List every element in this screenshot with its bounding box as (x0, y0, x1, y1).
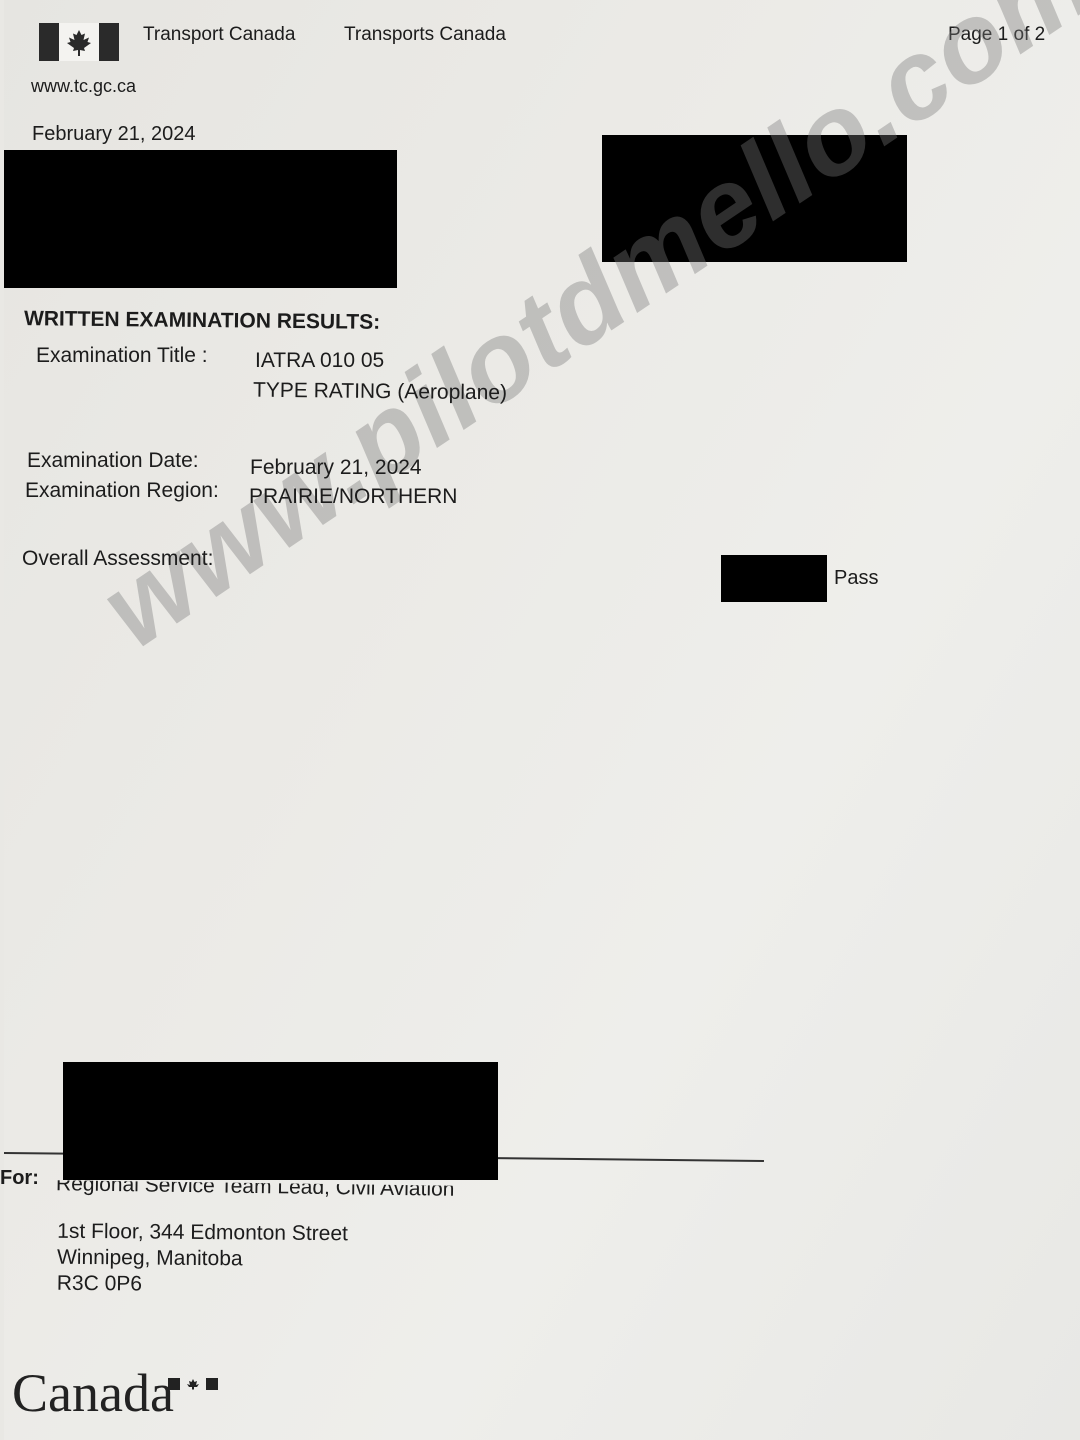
exam-region-label: Examination Region: (25, 479, 219, 503)
exam-title-name: TYPE RATING (Aeroplane) (253, 379, 507, 406)
overall-assessment-label: Overall Assessment: (22, 547, 213, 571)
address-line-3: R3C 0P6 (57, 1271, 348, 1300)
redacted-recipient-address (4, 150, 397, 288)
exam-date-label: Examination Date: (27, 449, 199, 473)
exam-date-value: February 21, 2024 (250, 456, 422, 480)
canada-wordmark-flag-icon (168, 1378, 218, 1390)
redacted-score (721, 555, 827, 602)
department-name-en: Transport Canada (143, 24, 295, 46)
redacted-signature (63, 1062, 498, 1180)
for-label: For: (0, 1167, 39, 1190)
office-address: 1st Floor, 344 Edmonton Street Winnipeg,… (57, 1219, 348, 1300)
website-link[interactable]: www.tc.gc.ca (31, 76, 136, 97)
department-name-fr: Transports Canada (344, 24, 506, 46)
exam-title-code: IATRA 010 05 (255, 349, 384, 373)
overall-assessment-value: Pass (834, 567, 878, 590)
document-page: Transport Canada Transports Canada Page … (4, 0, 1080, 1440)
canada-wordmark: Canada (12, 1362, 174, 1424)
exam-title-label: Examination Title : (36, 344, 208, 368)
address-line-2: Winnipeg, Manitoba (57, 1245, 348, 1274)
letter-date: February 21, 2024 (32, 123, 195, 146)
exam-region-value: PRAIRIE/NORTHERN (249, 485, 457, 509)
address-line-1: 1st Floor, 344 Edmonton Street (57, 1219, 348, 1248)
watermark-text: www.pilotdmello.com (78, 0, 1080, 673)
results-heading: WRITTEN EXAMINATION RESULTS: (24, 307, 380, 335)
canada-flag-icon (39, 23, 119, 61)
